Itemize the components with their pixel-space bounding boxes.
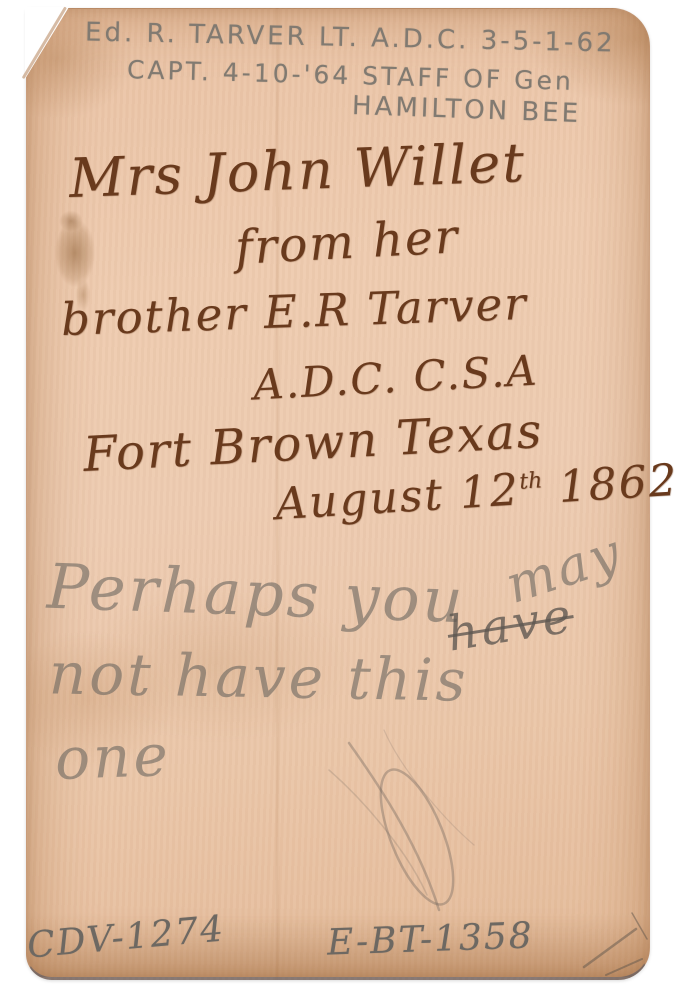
ink-line-adc-csa: A.D.C. C.S.A [252,346,540,410]
clipped-corner [25,7,69,79]
date-day: August 12 [274,464,522,530]
pencil-annotation-line3: HAMILTON BEE [352,91,582,129]
pencil-note-line2: not have this [48,639,469,714]
ink-line-brother: brother E.R Tarver [60,277,528,346]
catalog-number-right: E-BT-1358 [326,915,534,963]
pencil-note-line3: one [54,721,172,793]
ink-line-from-her: from her [234,209,461,276]
date-year: 1862 [541,455,675,514]
date-ordinal: th [519,468,543,494]
catalog-number-left: CDV-1274 [26,908,227,966]
pencil-annotation-line1: Ed. R. TARVER LT. A.D.C. 3-5-1-62 [85,17,616,58]
photo-card-back: Ed. R. TARVER LT. A.D.C. 3-5-1-62 CAPT. … [26,8,650,980]
pencil-doodle [289,725,529,940]
pencil-note-line1: Perhaps you [46,550,467,638]
ink-line-recipient: Mrs John Willet [68,131,527,210]
pencil-annotation-line2: CAPT. 4-10-'64 STAFF OF Gen [127,55,574,96]
corner-crease-marks [562,901,652,979]
